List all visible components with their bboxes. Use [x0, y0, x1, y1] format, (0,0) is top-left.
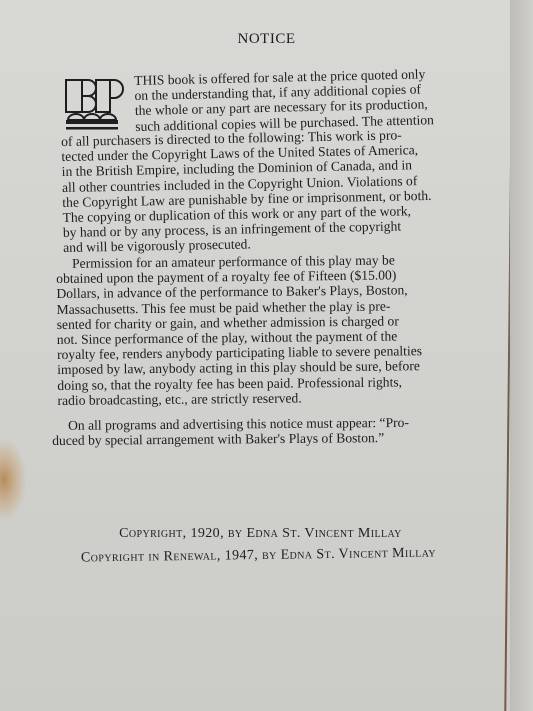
book-page: NOTICE THIS book is offered for sale at … — [0, 0, 511, 711]
paper-stain — [0, 440, 26, 520]
notice-paragraph-2: Permission for an amateur performance of… — [56, 252, 423, 408]
notice-paragraph-1-continued: of all purchasers is directed to the fol… — [61, 127, 433, 256]
text-line: duced by special arrangement with Baker'… — [52, 430, 409, 448]
text-line: radio broadcasting, etc., are strictly r… — [57, 389, 422, 408]
adjacent-page — [510, 0, 533, 711]
copyright-line-2: Copyright in Renewal, 1947, by Edna St. … — [0, 544, 525, 567]
notice-paragraph-3: On all programs and advertising this not… — [52, 415, 409, 449]
page-title: NOTICE — [0, 31, 533, 48]
copyright-line-1: Copyright, 1920, by Edna St. Vincent Mil… — [0, 526, 527, 542]
notice-paragraph-1: THIS book is offered for sale at the pri… — [134, 66, 434, 134]
bp-bakers-plays-logo-icon — [62, 76, 124, 132]
